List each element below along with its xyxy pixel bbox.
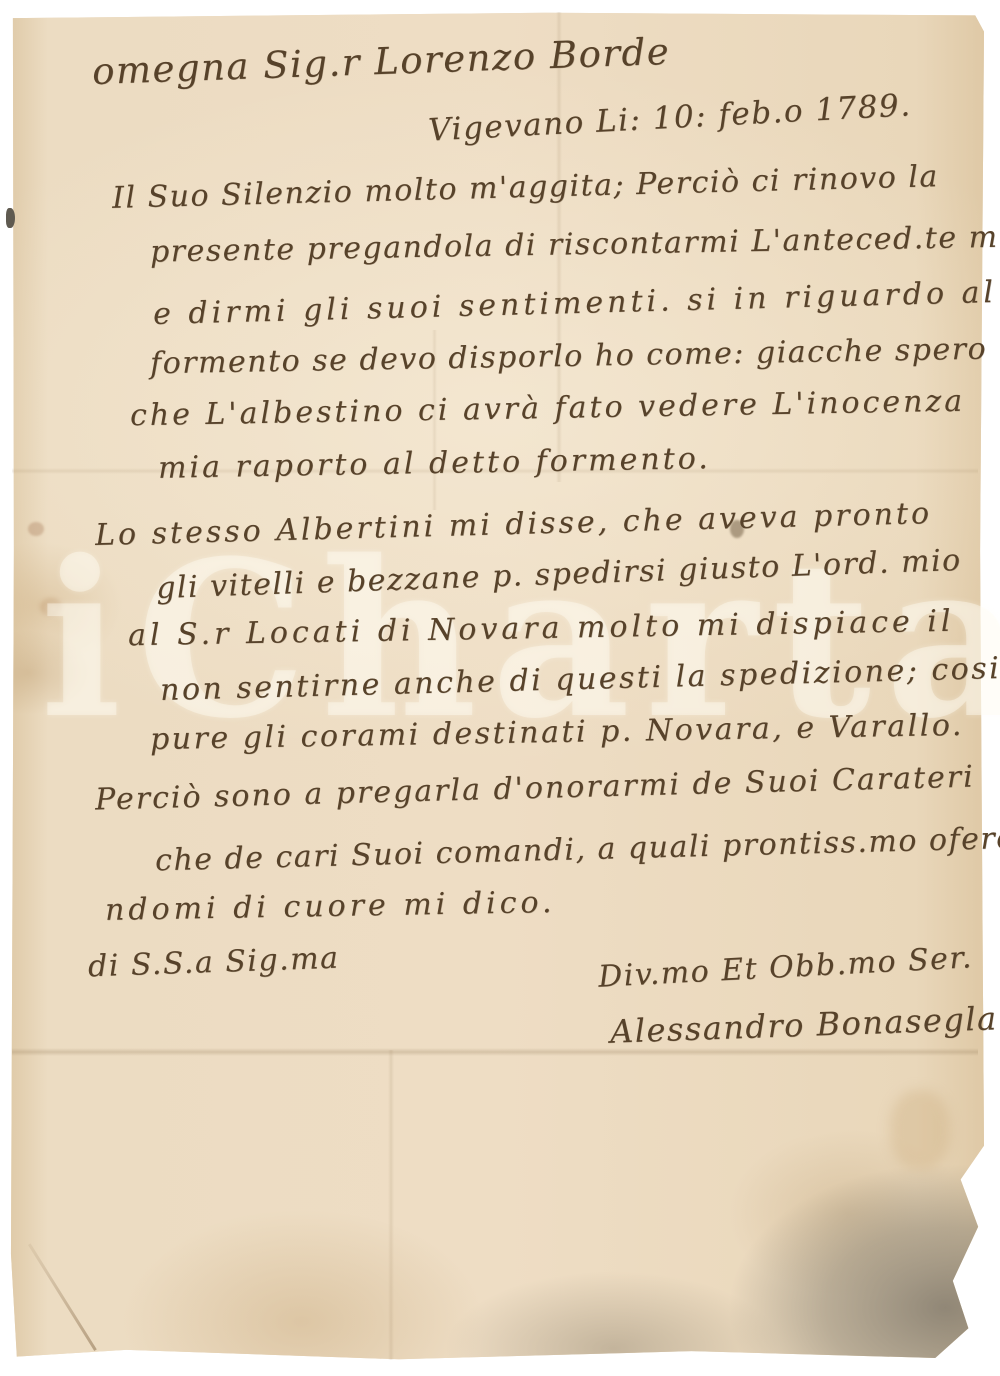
fold-crease-horizontal <box>12 1048 978 1056</box>
scanned-letter-page: iCharta omegna Sig.r Lorenzo Borde Vigev… <box>0 0 1000 1376</box>
fold-crease-vertical-2 <box>388 1050 394 1360</box>
edge-dark-spot <box>6 208 15 228</box>
stain-speck-3 <box>890 1090 950 1170</box>
